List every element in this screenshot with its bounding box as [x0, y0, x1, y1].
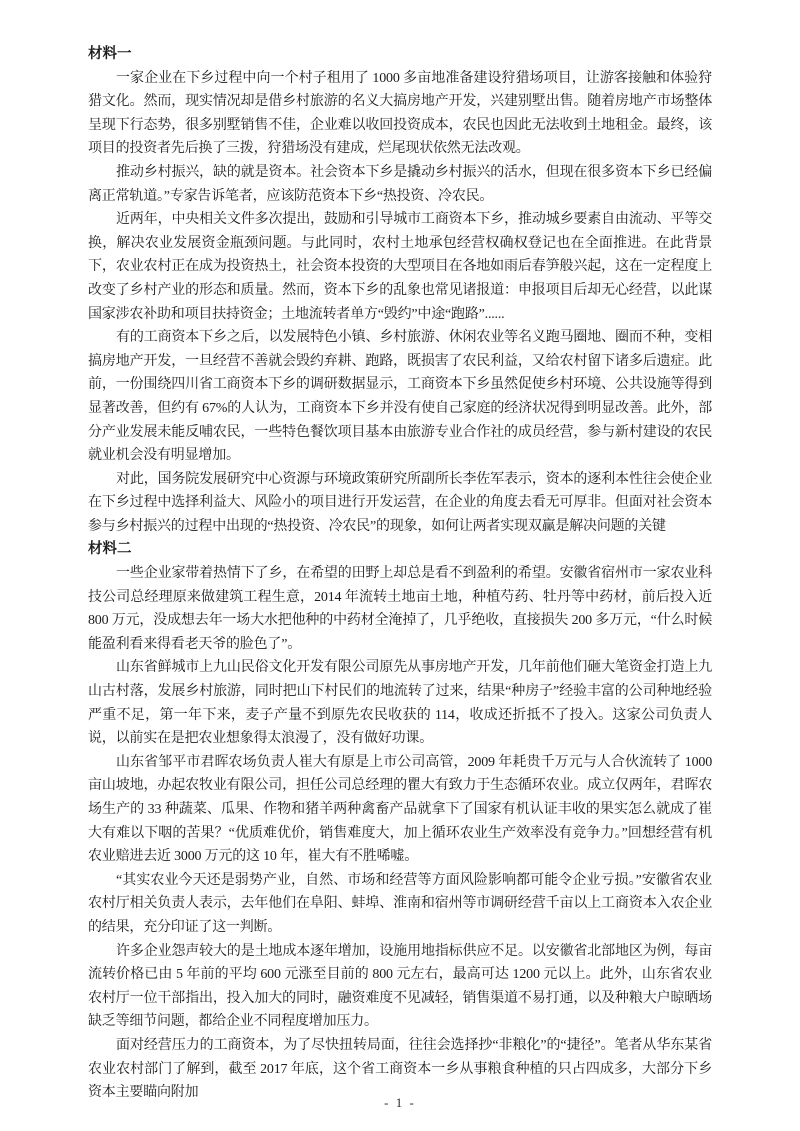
paragraph: 对此，国务院发展研究中心资源与环境政策研究所副所长李佐军表示，资本的逐利本性往会… [88, 468, 712, 539]
paragraph: “其实农业今天还是弱势产业，自然、市场和经营等方面风险影响都可能令企业亏损。”安… [88, 869, 712, 940]
paragraph: 推动乡村振兴，缺的就是资本。社会资本下乡是撬动乡村振兴的活水，但现在很多资本下乡… [88, 161, 712, 208]
section-heading-material-1: 材料一 [88, 43, 712, 67]
document-page: 材料一 一家企业在下乡过程中向一个村子租用了 1000 多亩地准备建设狩猎场项目… [0, 0, 800, 1131]
paragraph: 山东省鲜城市上九山民俗文化开发有限公司原先从事房地产开发，几年前他们砸大笔资金打… [88, 656, 712, 750]
paragraph: 近两年，中央相关文件多次提出，鼓励和引导城市工商资本下乡，推动城乡要素自由流动、… [88, 208, 712, 326]
paragraph: 一家企业在下乡过程中向一个村子租用了 1000 多亩地准备建设狩猎场项目，让游客… [88, 67, 712, 161]
paragraph: 一些企业家带着热情下了乡，在希望的田野上却总是看不到盈利的希望。安徽省宿州市一家… [88, 562, 712, 656]
section-heading-material-2: 材料二 [88, 538, 712, 562]
paragraph: 有的工商资本下乡之后，以发展特色小镇、乡村旅游、休闲农业等名义跑马圈地、圈而不种… [88, 326, 712, 468]
page-number: - 1 - [0, 1095, 800, 1111]
paragraph: 许多企业怨声较大的是土地成本逐年增加，设施用地指标供应不足。以安徽省北部地区为例… [88, 940, 712, 1034]
paragraph: 山东省邹平市君晖农场负责人崔大有原是上市公司高管，2009 年耗贵千万元与人合伙… [88, 751, 712, 869]
